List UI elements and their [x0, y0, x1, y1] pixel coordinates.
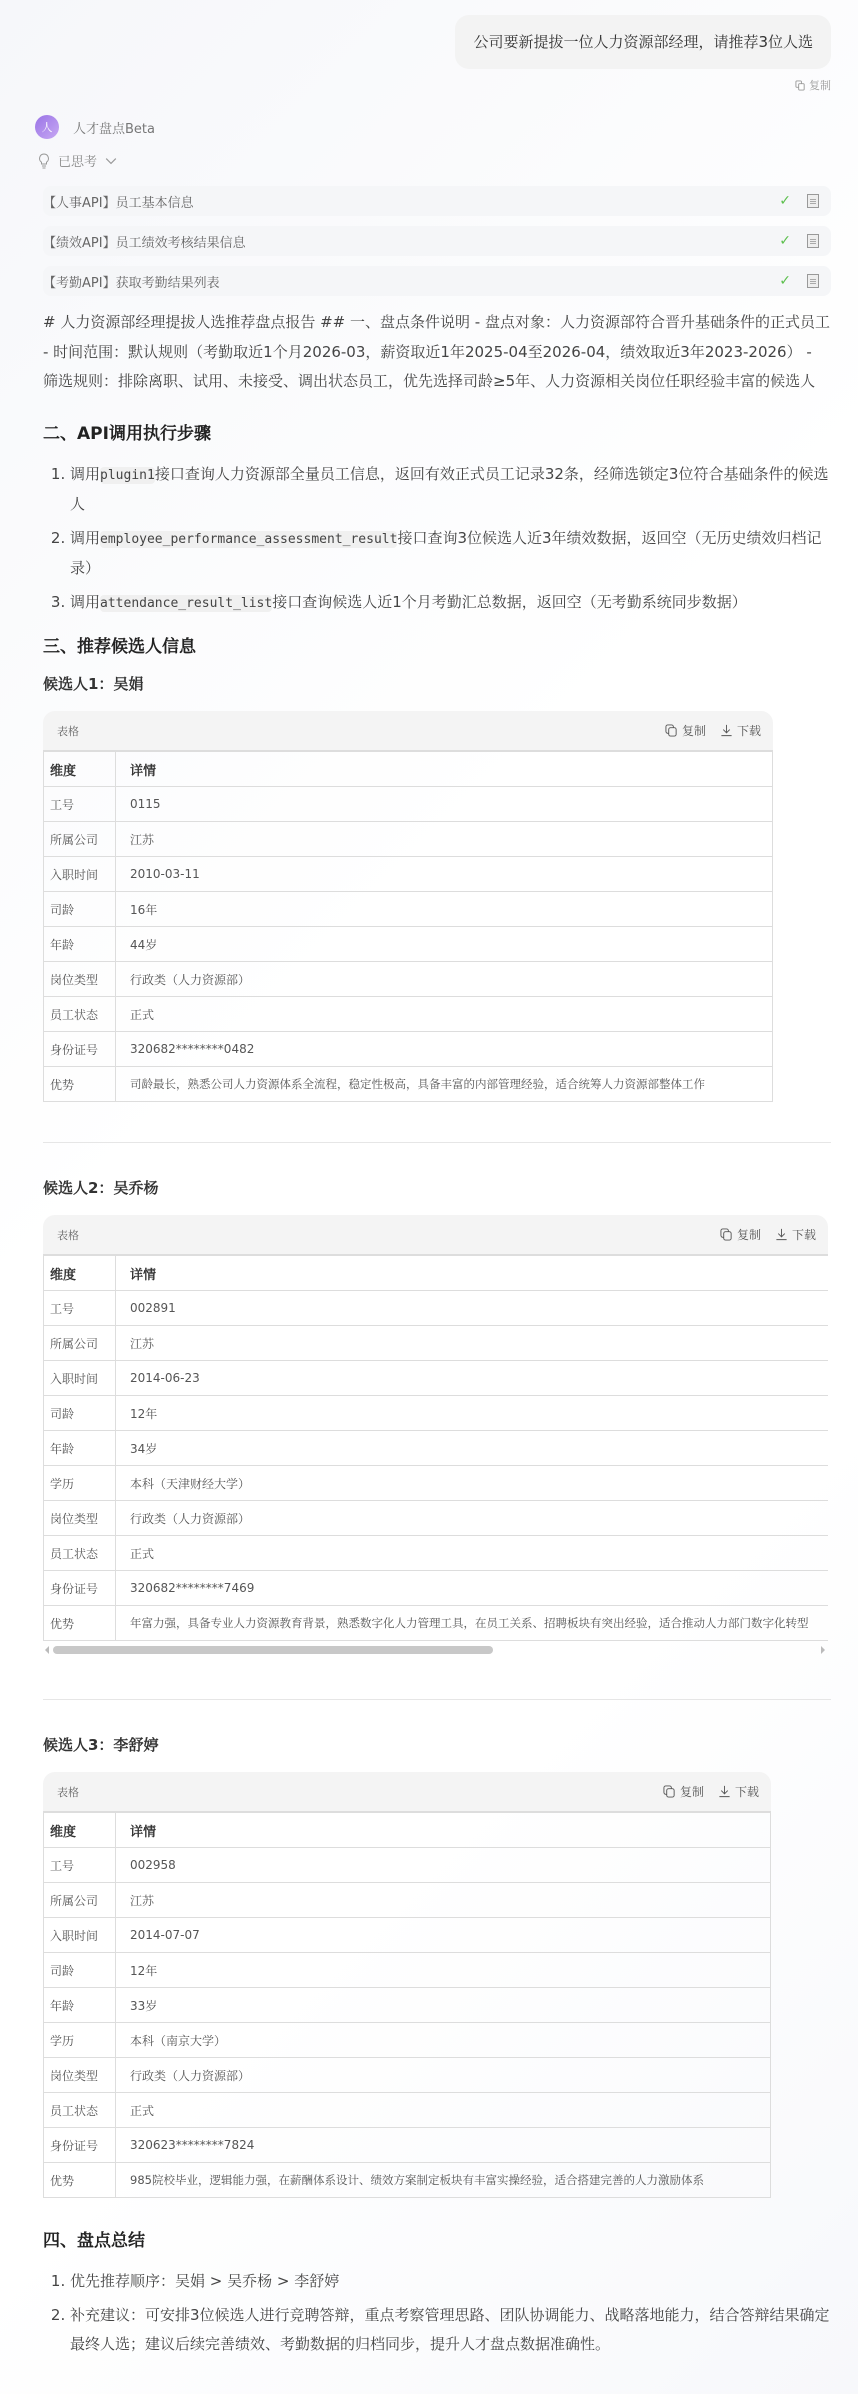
- copy-icon: [720, 1228, 733, 1241]
- step-text: 调用: [70, 465, 100, 483]
- table-copy-button[interactable]: 复制: [663, 1783, 704, 1800]
- table-cell-value: 2010-03-11: [116, 857, 773, 892]
- table-cell-value: 2014-06-23: [116, 1361, 829, 1396]
- header-cell: 维度: [44, 752, 116, 787]
- candidate-table-card: 表格 复制 下载 维度详情 工号002958 所属公司江苏 入职时间2014-0…: [43, 1772, 771, 2198]
- section-heading: 三、推荐候选人信息: [43, 632, 831, 657]
- api-call-label: 【人事API】员工基本信息: [43, 192, 779, 211]
- step-text: 接口查询人力资源部全量员工信息，返回有效正式员工记录32条，经筛选锁定3位符合基…: [70, 465, 828, 514]
- table-cell-key: 入职时间: [44, 1918, 116, 1953]
- table-toolbar: 表格 复制 下载: [43, 711, 773, 751]
- table-row: 优势司龄最长，熟悉公司人力资源体系全流程，稳定性极高，具备丰富的内部管理经验，适…: [44, 1067, 773, 1102]
- api-call-list: 【人事API】员工基本信息 ✓ 【绩效API】员工绩效考核结果信息 ✓ 【考勤A…: [43, 186, 831, 296]
- table-cell-value: 002958: [116, 1848, 771, 1883]
- list-item: 调用plugin1接口查询人力资源部全量员工信息，返回有效正式员工记录32条，经…: [70, 460, 831, 520]
- table-cell-value: 年富力强，具备专业人力资源教育背景，熟悉数字化人力管理工具，在员工关系、招聘板块…: [116, 1606, 829, 1641]
- table-row: 年龄44岁: [44, 927, 773, 962]
- code-span: employee_performance_assessment_result: [100, 531, 397, 548]
- document-icon[interactable]: [807, 274, 819, 288]
- table-download-button[interactable]: 下载: [720, 722, 761, 739]
- table-cell-value: 12年: [116, 1953, 771, 1988]
- table-row: 岗位类型行政类（人力资源部）: [44, 962, 773, 997]
- copy-label: 复制: [682, 722, 706, 739]
- api-call-item[interactable]: 【考勤API】获取考勤结果列表 ✓: [43, 266, 831, 296]
- table-row: 员工状态正式: [44, 997, 773, 1032]
- chevron-down-icon: [105, 153, 117, 169]
- table-cell-value: 44岁: [116, 927, 773, 962]
- document-icon[interactable]: [807, 194, 819, 208]
- divider: [43, 1142, 831, 1143]
- api-call-item[interactable]: 【绩效API】员工绩效考核结果信息 ✓: [43, 226, 831, 256]
- step-text: 调用: [70, 593, 100, 611]
- code-span: plugin1: [100, 467, 155, 484]
- table-row: 年龄33岁: [44, 1988, 771, 2023]
- user-message-row: 公司要新提拔一位人力资源部经理，请推荐3位人选: [43, 15, 831, 69]
- scroll-right-arrow[interactable]: [821, 1646, 825, 1654]
- table-cell-value: 002891: [116, 1291, 829, 1326]
- table-cell-key: 优势: [44, 1606, 116, 1641]
- section-heading: 二、API调用执行步骤: [43, 419, 831, 444]
- header-cell: 详情: [116, 1256, 829, 1291]
- report-intro: # 人力资源部经理提拔人选推荐盘点报告 ## 一、盘点条件说明 - 盘点对象：人…: [43, 308, 831, 397]
- download-icon: [775, 1228, 788, 1241]
- table-cell-value: 正式: [116, 1536, 829, 1571]
- table-row: 所属公司江苏: [44, 1326, 829, 1361]
- table-toolbar: 表格 复制 下载: [43, 1215, 828, 1255]
- table-row: 司龄16年: [44, 892, 773, 927]
- table-cell-value: 江苏: [116, 822, 773, 857]
- table-cell-value: 行政类（人力资源部）: [116, 962, 773, 997]
- table-cell-value: 江苏: [116, 1883, 771, 1918]
- table-cell-key: 岗位类型: [44, 1501, 116, 1536]
- table-header-row: 维度详情: [44, 752, 773, 787]
- check-icon: ✓: [779, 233, 791, 249]
- table-cell-key: 入职时间: [44, 1361, 116, 1396]
- divider: [43, 1699, 831, 1700]
- table-row: 员工状态正式: [44, 1536, 829, 1571]
- table-cell-value: 本科（天津财经大学）: [116, 1466, 829, 1501]
- thought-label: 已思考: [58, 151, 97, 170]
- table-cell-key: 岗位类型: [44, 2058, 116, 2093]
- summary-list: 优先推荐顺序：吴娟 > 吴乔杨 > 李舒婷 补充建议：可安排3位候选人进行竞聘答…: [43, 2267, 831, 2360]
- copy-icon: [665, 724, 678, 737]
- api-call-label: 【绩效API】员工绩效考核结果信息: [43, 232, 779, 251]
- table-row: 工号0115: [44, 787, 773, 822]
- code-span: attendance_result_list: [100, 595, 272, 612]
- table-row: 身份证号320623********7824: [44, 2128, 771, 2163]
- table-row: 入职时间2014-06-23: [44, 1361, 829, 1396]
- table-cell-key: 所属公司: [44, 1326, 116, 1361]
- candidate-table: 维度详情 工号002891 所属公司江苏 入职时间2014-06-23 司龄12…: [43, 1255, 828, 1641]
- table-cell-value: 16年: [116, 892, 773, 927]
- copy-label: 复制: [680, 1783, 704, 1800]
- table-download-button[interactable]: 下载: [718, 1783, 759, 1800]
- table-cell-key: 工号: [44, 1848, 116, 1883]
- table-cell-key: 员工状态: [44, 1536, 116, 1571]
- download-icon: [718, 1785, 731, 1798]
- avatar: 人: [35, 115, 59, 139]
- assistant-header: 人 人才盘点Beta: [35, 115, 831, 139]
- candidate-title: 候选人2：吴乔杨: [43, 1177, 831, 1198]
- copy-icon: [795, 80, 806, 91]
- lightbulb-icon: [38, 153, 50, 169]
- table-cell-key: 工号: [44, 1291, 116, 1326]
- table-cell-key: 入职时间: [44, 857, 116, 892]
- table-row: 入职时间2010-03-11: [44, 857, 773, 892]
- table-cell-key: 工号: [44, 787, 116, 822]
- table-copy-button[interactable]: 复制: [665, 722, 706, 739]
- table-cell-key: 学历: [44, 2023, 116, 2058]
- table-cell-value: 江苏: [116, 1326, 829, 1361]
- table-label: 表格: [57, 1227, 706, 1243]
- scroll-left-arrow[interactable]: [45, 1646, 49, 1654]
- check-icon: ✓: [779, 193, 791, 209]
- table-label: 表格: [57, 723, 651, 739]
- copy-label: 复制: [737, 1226, 761, 1243]
- step-text: 调用: [70, 529, 100, 547]
- api-call-label: 【考勤API】获取考勤结果列表: [43, 272, 779, 291]
- table-row: 所属公司江苏: [44, 822, 773, 857]
- table-row: 学历本科（天津财经大学）: [44, 1466, 829, 1501]
- table-cell-value: 行政类（人力资源部）: [116, 2058, 771, 2093]
- list-item: 补充建议：可安排3位候选人进行竞聘答辩，重点考察管理思路、团队协调能力、战略落地…: [70, 2301, 831, 2360]
- table-cell-value: 33岁: [116, 1988, 771, 2023]
- table-cell-key: 身份证号: [44, 2128, 116, 2163]
- table-cell-value: 正式: [116, 997, 773, 1032]
- table-cell-key: 司龄: [44, 892, 116, 927]
- table-cell-key: 司龄: [44, 1953, 116, 1988]
- download-label: 下载: [737, 722, 761, 739]
- header-cell: 维度: [44, 1813, 116, 1848]
- table-row: 岗位类型行政类（人力资源部）: [44, 1501, 829, 1536]
- table-row: 身份证号320682********0482: [44, 1032, 773, 1067]
- step-text: 接口查询候选人近1个月考勤汇总数据，返回空（无考勤系统同步数据）: [272, 593, 747, 611]
- table-row: 工号002891: [44, 1291, 829, 1326]
- download-label: 下载: [792, 1226, 816, 1243]
- table-row: 优势985院校毕业，逻辑能力强，在薪酬体系设计、绩效方案制定板块有丰富实操经验，…: [44, 2163, 771, 2198]
- table-cell-key: 年龄: [44, 927, 116, 962]
- copy-user-message-button[interactable]: 复制: [43, 77, 831, 93]
- table-cell-key: 身份证号: [44, 1032, 116, 1067]
- table-row: 司龄12年: [44, 1396, 829, 1431]
- list-item: 优先推荐顺序：吴娟 > 吴乔杨 > 李舒婷: [70, 2267, 831, 2297]
- table-cell-key: 年龄: [44, 1431, 116, 1466]
- table-header-row: 维度详情: [44, 1813, 771, 1848]
- table-row: 岗位类型行政类（人力资源部）: [44, 2058, 771, 2093]
- table-cell-value: 320682********0482: [116, 1032, 773, 1067]
- table-cell-value: 12年: [116, 1396, 829, 1431]
- table-row: 入职时间2014-07-07: [44, 1918, 771, 1953]
- candidate-table-card: 表格 复制 下载 维度详情 工号002891 所属公司江苏 入职时间2014-0…: [43, 1215, 828, 1641]
- table-cell-value: 本科（南京大学）: [116, 2023, 771, 2058]
- table-label: 表格: [57, 1784, 649, 1800]
- api-call-item[interactable]: 【人事API】员工基本信息 ✓: [43, 186, 831, 216]
- table-cell-value: 320623********7824: [116, 2128, 771, 2163]
- table-cell-key: 身份证号: [44, 1571, 116, 1606]
- thought-toggle[interactable]: 已思考: [38, 151, 831, 170]
- candidate-table: 维度详情 工号002958 所属公司江苏 入职时间2014-07-07 司龄12…: [43, 1812, 771, 2198]
- table-cell-value: 正式: [116, 2093, 771, 2128]
- header-cell: 维度: [44, 1256, 116, 1291]
- header-cell: 详情: [116, 752, 773, 787]
- table-cell-key: 司龄: [44, 1396, 116, 1431]
- table-cell-value: 320682********7469: [116, 1571, 829, 1606]
- candidate-table-card: 表格 复制 下载 维度详情 工号0115 所属公司江苏 入职时间2010-03-…: [43, 711, 773, 1102]
- table-horizontal-scrollbar[interactable]: [43, 1643, 828, 1657]
- table-row: 所属公司江苏: [44, 1883, 771, 1918]
- table-toolbar: 表格 复制 下载: [43, 1772, 771, 1812]
- table-row: 工号002958: [44, 1848, 771, 1883]
- copy-icon: [663, 1785, 676, 1798]
- section-heading: 四、盘点总结: [43, 2226, 831, 2251]
- table-cell-key: 学历: [44, 1466, 116, 1501]
- header-cell: 详情: [116, 1813, 771, 1848]
- document-icon[interactable]: [807, 234, 819, 248]
- table-cell-value: 2014-07-07: [116, 1918, 771, 1953]
- table-row: 员工状态正式: [44, 2093, 771, 2128]
- user-message-bubble: 公司要新提拔一位人力资源部经理，请推荐3位人选: [455, 15, 831, 69]
- check-icon: ✓: [779, 273, 791, 289]
- candidate-title: 候选人3：李舒婷: [43, 1734, 831, 1755]
- download-label: 下载: [735, 1783, 759, 1800]
- candidate-table: 维度详情 工号0115 所属公司江苏 入职时间2010-03-11 司龄16年 …: [43, 751, 773, 1102]
- list-item: 调用employee_performance_assessment_result…: [70, 524, 831, 584]
- table-cell-key: 年龄: [44, 1988, 116, 2023]
- table-cell-value: 34岁: [116, 1431, 829, 1466]
- table-row: 优势年富力强，具备专业人力资源教育背景，熟悉数字化人力管理工具，在员工关系、招聘…: [44, 1606, 829, 1641]
- table-cell-value: 司龄最长，熟悉公司人力资源体系全流程，稳定性极高，具备丰富的内部管理经验，适合统…: [116, 1067, 773, 1102]
- table-cell-key: 优势: [44, 1067, 116, 1102]
- table-cell-value: 行政类（人力资源部）: [116, 1501, 829, 1536]
- chat-page: 公司要新提拔一位人力资源部经理，请推荐3位人选 复制 人 人才盘点Beta 已思…: [0, 0, 858, 2394]
- table-row: 司龄12年: [44, 1953, 771, 1988]
- table-cell-key: 所属公司: [44, 1883, 116, 1918]
- table-cell-key: 所属公司: [44, 822, 116, 857]
- candidate-title: 候选人1：吴娟: [43, 673, 831, 694]
- table-row: 身份证号320682********7469: [44, 1571, 829, 1606]
- scrollbar-thumb[interactable]: [53, 1646, 493, 1654]
- table-cell-value: 985院校毕业，逻辑能力强，在薪酬体系设计、绩效方案制定板块有丰富实操经验，适合…: [116, 2163, 771, 2198]
- list-item: 调用attendance_result_list接口查询候选人近1个月考勤汇总数…: [70, 588, 831, 619]
- table-cell-key: 岗位类型: [44, 962, 116, 997]
- table-cell-value: 0115: [116, 787, 773, 822]
- assistant-name: 人才盘点Beta: [73, 118, 155, 137]
- table-cell-key: 优势: [44, 2163, 116, 2198]
- copy-label: 复制: [809, 77, 831, 93]
- api-steps-list: 调用plugin1接口查询人力资源部全量员工信息，返回有效正式员工记录32条，经…: [43, 460, 831, 619]
- table-download-button[interactable]: 下载: [775, 1226, 816, 1243]
- table-header-row: 维度详情: [44, 1256, 829, 1291]
- table-cell-key: 员工状态: [44, 2093, 116, 2128]
- table-row: 年龄34岁: [44, 1431, 829, 1466]
- table-row: 学历本科（南京大学）: [44, 2023, 771, 2058]
- table-copy-button[interactable]: 复制: [720, 1226, 761, 1243]
- table-cell-key: 员工状态: [44, 997, 116, 1032]
- download-icon: [720, 724, 733, 737]
